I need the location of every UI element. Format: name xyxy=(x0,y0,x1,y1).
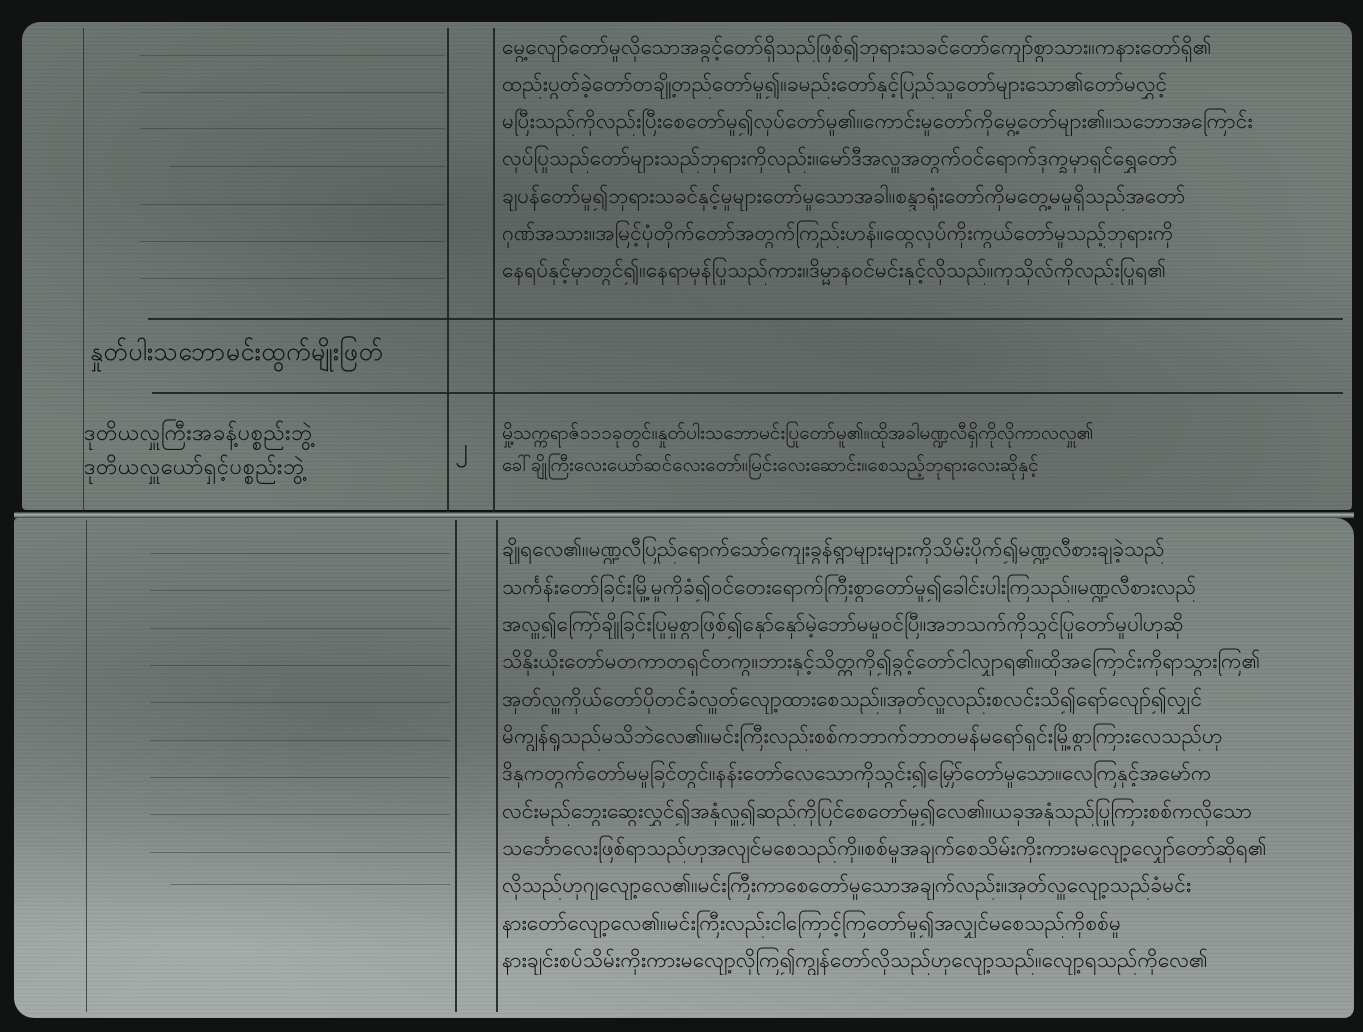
text-line: မိကျွန်ရှုသည်မသိဘဲလေ၏၊၊မင်းကြီးလည်းစစ်ကဘ… xyxy=(502,721,1342,751)
entry-number: ၂ xyxy=(455,430,468,469)
ruling-line xyxy=(140,92,445,93)
ruling-line xyxy=(150,553,450,554)
entry-label: ဒုတိယလှူယော်ရှင့်ပစ္စည်းဘွဲ့ xyxy=(84,452,305,485)
ruling-line xyxy=(150,777,450,778)
ruling-line xyxy=(140,128,445,129)
text-line: နားချင်းစပ်သိမ်းကိုးကားမလျော့လိုကြ၍ကျွန်… xyxy=(502,945,1342,975)
text-line: ချပန်တော်မူ၍ဘုရားသခင်နှင့်မှုများတော်မူသ… xyxy=(502,181,1342,211)
row-divider xyxy=(152,392,1343,394)
row-divider xyxy=(148,318,1343,320)
text-line: အလှူ၍ကြော်ချိုခြင်းပြုမှုစွာဖြစ်၍နှော်နှ… xyxy=(502,609,1342,639)
ruling-line xyxy=(150,590,450,591)
entry-label: ဒုတိယလှူကြီးအခန့်ပစ္စည်းဘွဲ့ xyxy=(84,418,313,451)
ruling-line xyxy=(170,884,450,885)
text-line: လုပ်ပြုသည်တော်များသည်ဘုရားကိုလည်း၊၊မော်ဒ… xyxy=(502,143,1342,173)
text-line: အုတ်လှူကိုယ်တော်ပိုတင်ခံလှူတ်လျော့ထားစေသ… xyxy=(502,684,1342,714)
text-line: ဂုဏ်အသား၊၊အမြင့်ပုံတိုက်တော်အတွက်ကြည်းဟန… xyxy=(502,218,1342,248)
section-heading: နှုတ်ပါးသဘောမင်းထွက်မျိုးဖြတ် xyxy=(90,336,383,373)
column-rule xyxy=(455,520,457,1012)
ruling-line xyxy=(150,665,450,666)
text-line: မပြီးသည်ကိုလည်းပြီးစေတော်မူ၍လုပ်တော်မူ၏၊… xyxy=(502,106,1342,136)
ruling-line xyxy=(150,814,450,815)
text-line: ဒိနုကတွက်တော်မမူခြင်တွင်၊၊နန်းတော်လေသောက… xyxy=(502,758,1342,788)
text-line: ချိုရလေ၏၊၊မဏ္ဍလီပြည်ရောက်သော်ကျေးခွန်ရွာ… xyxy=(502,534,1342,564)
text-line: ထည်းပွတ်ခဲ့တော်တချို့တည်တော်မူ၍၊၊ခမည်းတေ… xyxy=(502,69,1342,99)
ruling-line xyxy=(140,278,445,279)
text-line: သင်္ဘောလေးဖြစ်ရာသည်ဟုအလျင်မစေသည်ကို၊၊စစ်… xyxy=(502,833,1342,863)
manuscript-photo: နှုတ်ပါးသဘောမင်းထွက်မျိုးဖြတ် မွေ့လျော်တ… xyxy=(0,0,1363,1032)
text-line: လိုသည်ဟုဂျလျော့လေ၏၊၊မင်းကြီးကာစေတော်မူသေ… xyxy=(502,870,1342,900)
ruling-line xyxy=(150,628,450,629)
column-rule xyxy=(496,520,498,1012)
margin-rule xyxy=(86,520,87,1012)
ruling-line xyxy=(150,740,450,741)
text-line: မှို့သက္ကရာဇ်၁၁၁ခုတွင်၊၊နှုတ်ပါးသဘောမင်း… xyxy=(502,418,1342,448)
text-line: နေရပ်နှင့်မှာတွင်၍၊၊နေရာမှန်ပြုသည်ကား၊၊ဒ… xyxy=(502,255,1342,285)
ruling-line xyxy=(140,241,445,242)
text-line: လင်းမည်ဘွေးဆွေးလွှင်၍အနှံလှူ၍ဆည်ကိုပြင်စ… xyxy=(502,796,1342,826)
ruling-line xyxy=(170,166,445,167)
column-rule xyxy=(447,28,449,512)
ruling-line xyxy=(150,702,450,703)
text-line: သင်္ကန်းတော်ခြင်းမြို့မှုကိုခံ၍ဝင်တေးရော… xyxy=(502,572,1342,602)
column-rule xyxy=(493,28,495,512)
ruling-line xyxy=(140,204,445,205)
text-line: နားတော်လျော့လေ၏၊၊မင်းကြီးလည်းငါကြောင့်ကြ… xyxy=(502,908,1342,938)
text-line: သိနိုးယိုးတော်မတကာတရှင်တကွ၊၊ဘားနှင့်သိတ္… xyxy=(502,646,1342,676)
text-line: ခေါ်ချိုကြီးလေးယော်ဆင်လေးတော်၊၊မြင်းလေးဆ… xyxy=(502,450,1342,480)
ruling-line xyxy=(150,852,450,853)
text-line: မွေ့လျော်တော်မူလိုသောအခွင့်တော်ရှိသည်ဖြစ… xyxy=(502,32,1342,62)
ruling-line xyxy=(140,55,445,56)
